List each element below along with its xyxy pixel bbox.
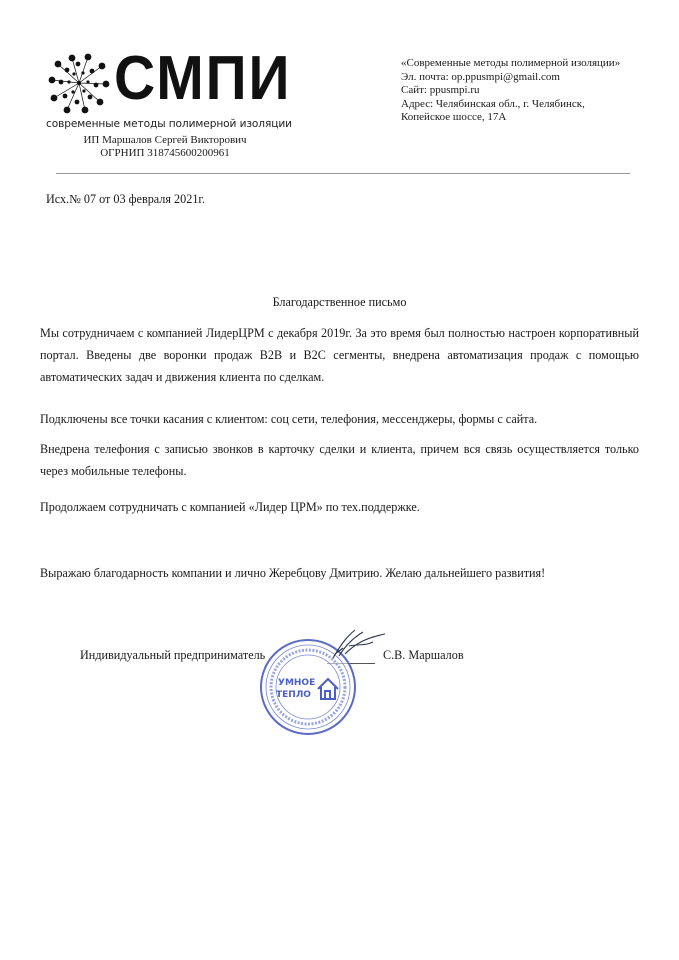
letter-title: Благодарственное письмо [0,295,679,310]
company-owner: ИП Маршалов Сергей Викторович [0,134,330,147]
letter-paragraph-3: Внедрена телефония с записью звонков в к… [40,438,639,482]
letter-paragraph-5: Выражаю благодарность компании и лично Ж… [40,562,639,584]
letter-paragraph-1: Мы сотрудничаем с компанией ЛидерЦРМ с д… [40,322,639,388]
stamp-text-2: ТЕПЛО [276,690,311,700]
contact-site: Сайт: ppusmpi.ru [401,84,620,98]
contact-address-line2: Копейское шоссе, 17А [401,111,620,125]
handwritten-signature-icon [325,624,395,664]
company-ogrnip: ОГРНИП 318745600200961 [0,147,330,160]
stamp-text-1: УМНОЕ [278,678,315,688]
header-divider [56,173,630,174]
contact-address-line1: Адрес: Челябинская обл., г. Челябинск, [401,98,620,112]
contact-email: Эл. почта: op.ppusmpi@gmail.com [401,71,620,85]
letter-paragraph-4: Продолжаем сотрудничать с компанией «Лид… [40,496,639,518]
letter-paragraph-2: Подключены все точки касания с клиентом:… [40,408,639,430]
signer-position: Индивидуальный предприниматель [80,648,265,663]
company-logo-text: СМПИ [114,44,291,114]
outgoing-reference: Исх.№ 07 от 03 февраля 2021г. [46,192,205,207]
company-tagline: современные методы полимерной изоляции [46,118,292,130]
logo-starburst-icon [48,52,110,114]
signer-name: С.В. Маршалов [383,648,464,663]
contact-block: «Современные методы полимерной изоляции»… [401,57,620,125]
contact-company: «Современные методы полимерной изоляции» [401,57,620,71]
